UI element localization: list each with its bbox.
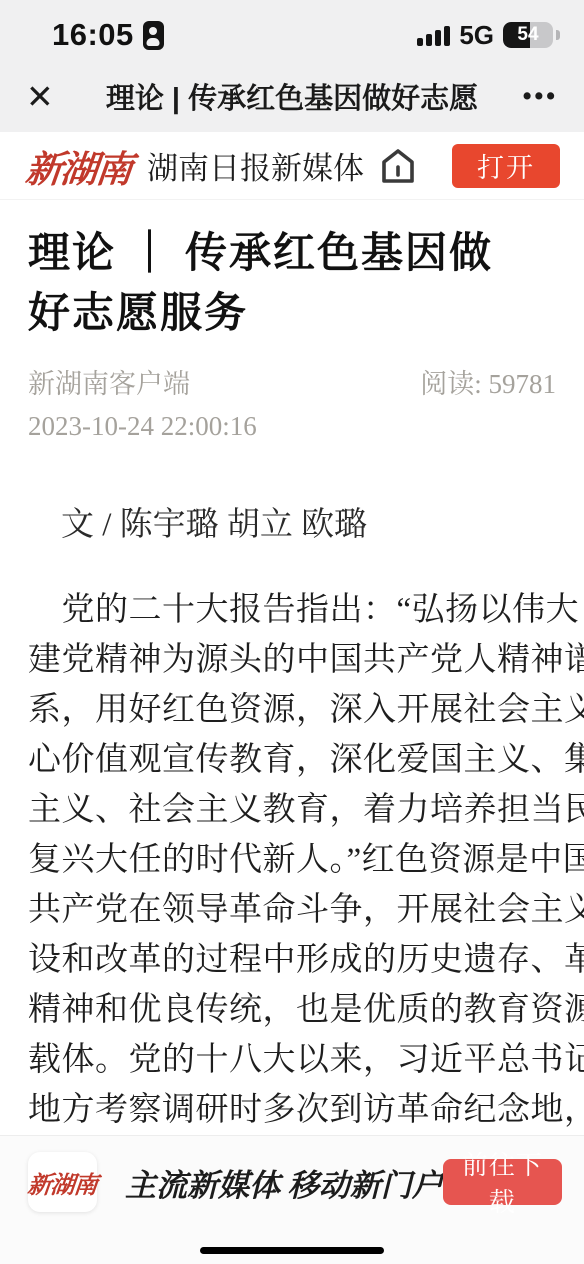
status-bar: 16:05 5G 54 — [0, 0, 584, 60]
download-banner: 新湖南 主流新媒体 移动新门户 前往下载 — [0, 1136, 584, 1264]
browser-nav-bar: ✕ 理论 | 传承红色基因做好志愿 ••• — [0, 60, 584, 132]
read-count: 阅读: 59781 — [420, 362, 556, 401]
download-button[interactable]: 前往下载 — [443, 1159, 562, 1205]
home-indicator-bar[interactable] — [200, 1247, 384, 1254]
xinhunan-logo: 新湖南 — [23, 139, 134, 193]
article-body: 党的二十大报告指出：“弘扬以伟大 建党精神为源头的中国共产党人精神谱 系，用好红… — [28, 585, 556, 1185]
battery-icon: 54 — [503, 22, 553, 48]
app-banner: 新湖南 湖南日报新媒体 打开 — [0, 132, 584, 200]
battery-nub — [556, 30, 560, 40]
clock: 16:05 — [52, 17, 134, 53]
article-title: 理论 ｜ 传承红色基因做 好志愿服务 — [28, 224, 556, 344]
article-byline: 文 / 陈宇璐 胡立 欧璐 — [28, 498, 556, 545]
app-slogan: 主流新媒体 移动新门户 — [125, 1160, 443, 1205]
app-name-label: 湖南日报新媒体 — [147, 143, 364, 188]
network-type-label: 5G — [459, 20, 494, 51]
xinhunan-logo-small: 新湖南 — [26, 1165, 99, 1200]
close-icon[interactable]: ✕ — [26, 77, 86, 116]
more-menu-icon[interactable]: ••• — [498, 82, 558, 111]
focus-person-icon — [143, 21, 164, 50]
article: 理论 ｜ 传承红色基因做 好志愿服务 新湖南客户端 阅读: 59781 2023… — [0, 224, 584, 1185]
xinhunan-app-tile: 新湖南 — [28, 1152, 97, 1212]
top-chrome: 16:05 5G 54 ✕ 理论 | 传承红色基因做好志愿 ••• — [0, 0, 584, 132]
article-source: 新湖南客户端 — [28, 362, 190, 401]
download-banner-row: 新湖南 主流新媒体 移动新门户 前往下载 — [0, 1136, 584, 1212]
open-app-button[interactable]: 打开 — [452, 144, 560, 188]
cellular-signal-icon — [417, 24, 450, 46]
status-bar-left: 16:05 — [52, 17, 164, 53]
status-bar-right: 5G 54 — [417, 20, 560, 51]
home-icon[interactable] — [376, 144, 420, 188]
publish-datetime: 2023-10-24 22:00:16 — [28, 411, 556, 442]
page-title: 理论 | 传承红色基因做好志愿 — [86, 76, 498, 117]
phone-screen: 16:05 5G 54 ✕ 理论 | 传承红色基因做好志愿 ••• 新湖南 湖南… — [0, 0, 584, 1264]
battery-percent: 54 — [503, 22, 553, 48]
article-meta: 新湖南客户端 阅读: 59781 2023-10-24 22:00:16 — [28, 362, 556, 442]
